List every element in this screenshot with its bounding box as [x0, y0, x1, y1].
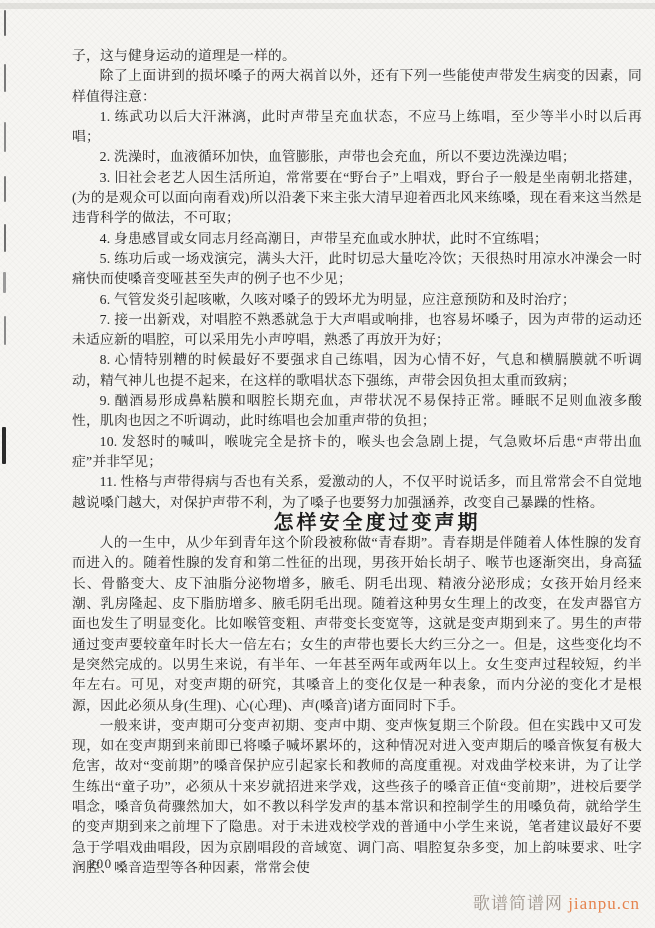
- list-item-7: 7. 接一出新戏，对唱腔不熟悉就急于大声唱或响排，也容易坏嗓子，因为声带的运动还…: [72, 310, 642, 351]
- scan-artifact-mark: [4, 10, 6, 36]
- list-item-11: 11. 性格与声带得病与否也有关系，爱激动的人，不仅平时说话多，而且常常会不自觉…: [72, 472, 642, 513]
- scan-artifact-mark: [4, 316, 6, 345]
- scanned-book-page: 子，这与健身运动的道理是一样的。 除了上面讲到的损坏嗓子的两大祸首以外，还有下列…: [0, 0, 655, 928]
- scan-artifact-mark: [4, 176, 6, 202]
- list-item-3: 3. 旧社会老艺人因生活所迫，常常要在“野台子”上唱戏，野台子一般是坐南朝北搭建…: [72, 168, 642, 229]
- list-item-10: 10. 发怒时的喊叫，喉咙完全是挤卡的，喉头也会急剧上提，气急败坏后患“声带出血…: [72, 432, 642, 473]
- list-item-9: 9. 酗酒易形成鼻粘膜和咽腔长期充血，声带状况不易保持正常。睡眠不足则血液多酸性…: [72, 391, 642, 432]
- paragraph-continuation: 子，这与健身运动的道理是一样的。: [72, 46, 642, 66]
- list-item-5: 5. 练功后或一场戏演完，满头大汗，此时切忌大量吃冷饮；天很热时用凉水冲澡会一时…: [72, 249, 642, 290]
- section-paragraph-1: 人的一生中，从少年到青年这个阶段被称做“青春期”。青春期是伴随着人体性腺的发育而…: [72, 533, 642, 716]
- page-body-text: 子，这与健身运动的道理是一样的。 除了上面讲到的损坏嗓子的两大祸首以外，还有下列…: [72, 46, 642, 878]
- scan-edge-streak: [0, 3, 655, 9]
- scan-artifact-mark: [4, 224, 6, 252]
- list-item-2: 2. 洗澡时，血液循环加快，血管膨胀，声带也会充血，所以不要边洗澡边唱；: [72, 147, 642, 167]
- list-item-1: 1. 练武功以后大汗淋漓，此时声带呈充血状态，不应马上练唱，至少等半小时以后再唱…: [72, 107, 642, 148]
- list-item-4: 4. 身患感冒或女同志月经高潮日，声带呈充血或水肿状，此时不宜练唱；: [72, 229, 642, 249]
- section-title: 怎样安全度过变声期: [72, 513, 642, 533]
- page-number: - 200 -: [78, 856, 123, 872]
- list-item-8: 8. 心情特别糟的时候最好不要强求自己练唱，因为心情不好，气息和横膈膜就不听调动…: [72, 350, 642, 391]
- scan-artifact-mark: [4, 122, 6, 152]
- paragraph-intro: 除了上面讲到的损坏嗓子的两大祸首以外，还有下列一些能使声带发生病变的因素，同样值…: [72, 66, 642, 107]
- scan-artifact-mark: [4, 64, 6, 92]
- list-item-6: 6. 气管发炎引起咳嗽，久咳对嗓子的毁坏尤为明显，应注意预防和及时治疗；: [72, 290, 642, 310]
- scan-artifact-mark: [2, 427, 6, 464]
- watermark-site-name: 歌谱简谱网: [473, 894, 563, 913]
- section-paragraph-2: 一般来讲，变声期可分变声初期、变声中期、变声恢复期三个阶段。但在实践中又可发现，…: [72, 716, 642, 878]
- scan-artifact-mark: [3, 272, 6, 293]
- watermark-site-url: jianpu.cn: [568, 894, 640, 913]
- watermark: 歌谱简谱网 jianpu.cn: [473, 889, 640, 914]
